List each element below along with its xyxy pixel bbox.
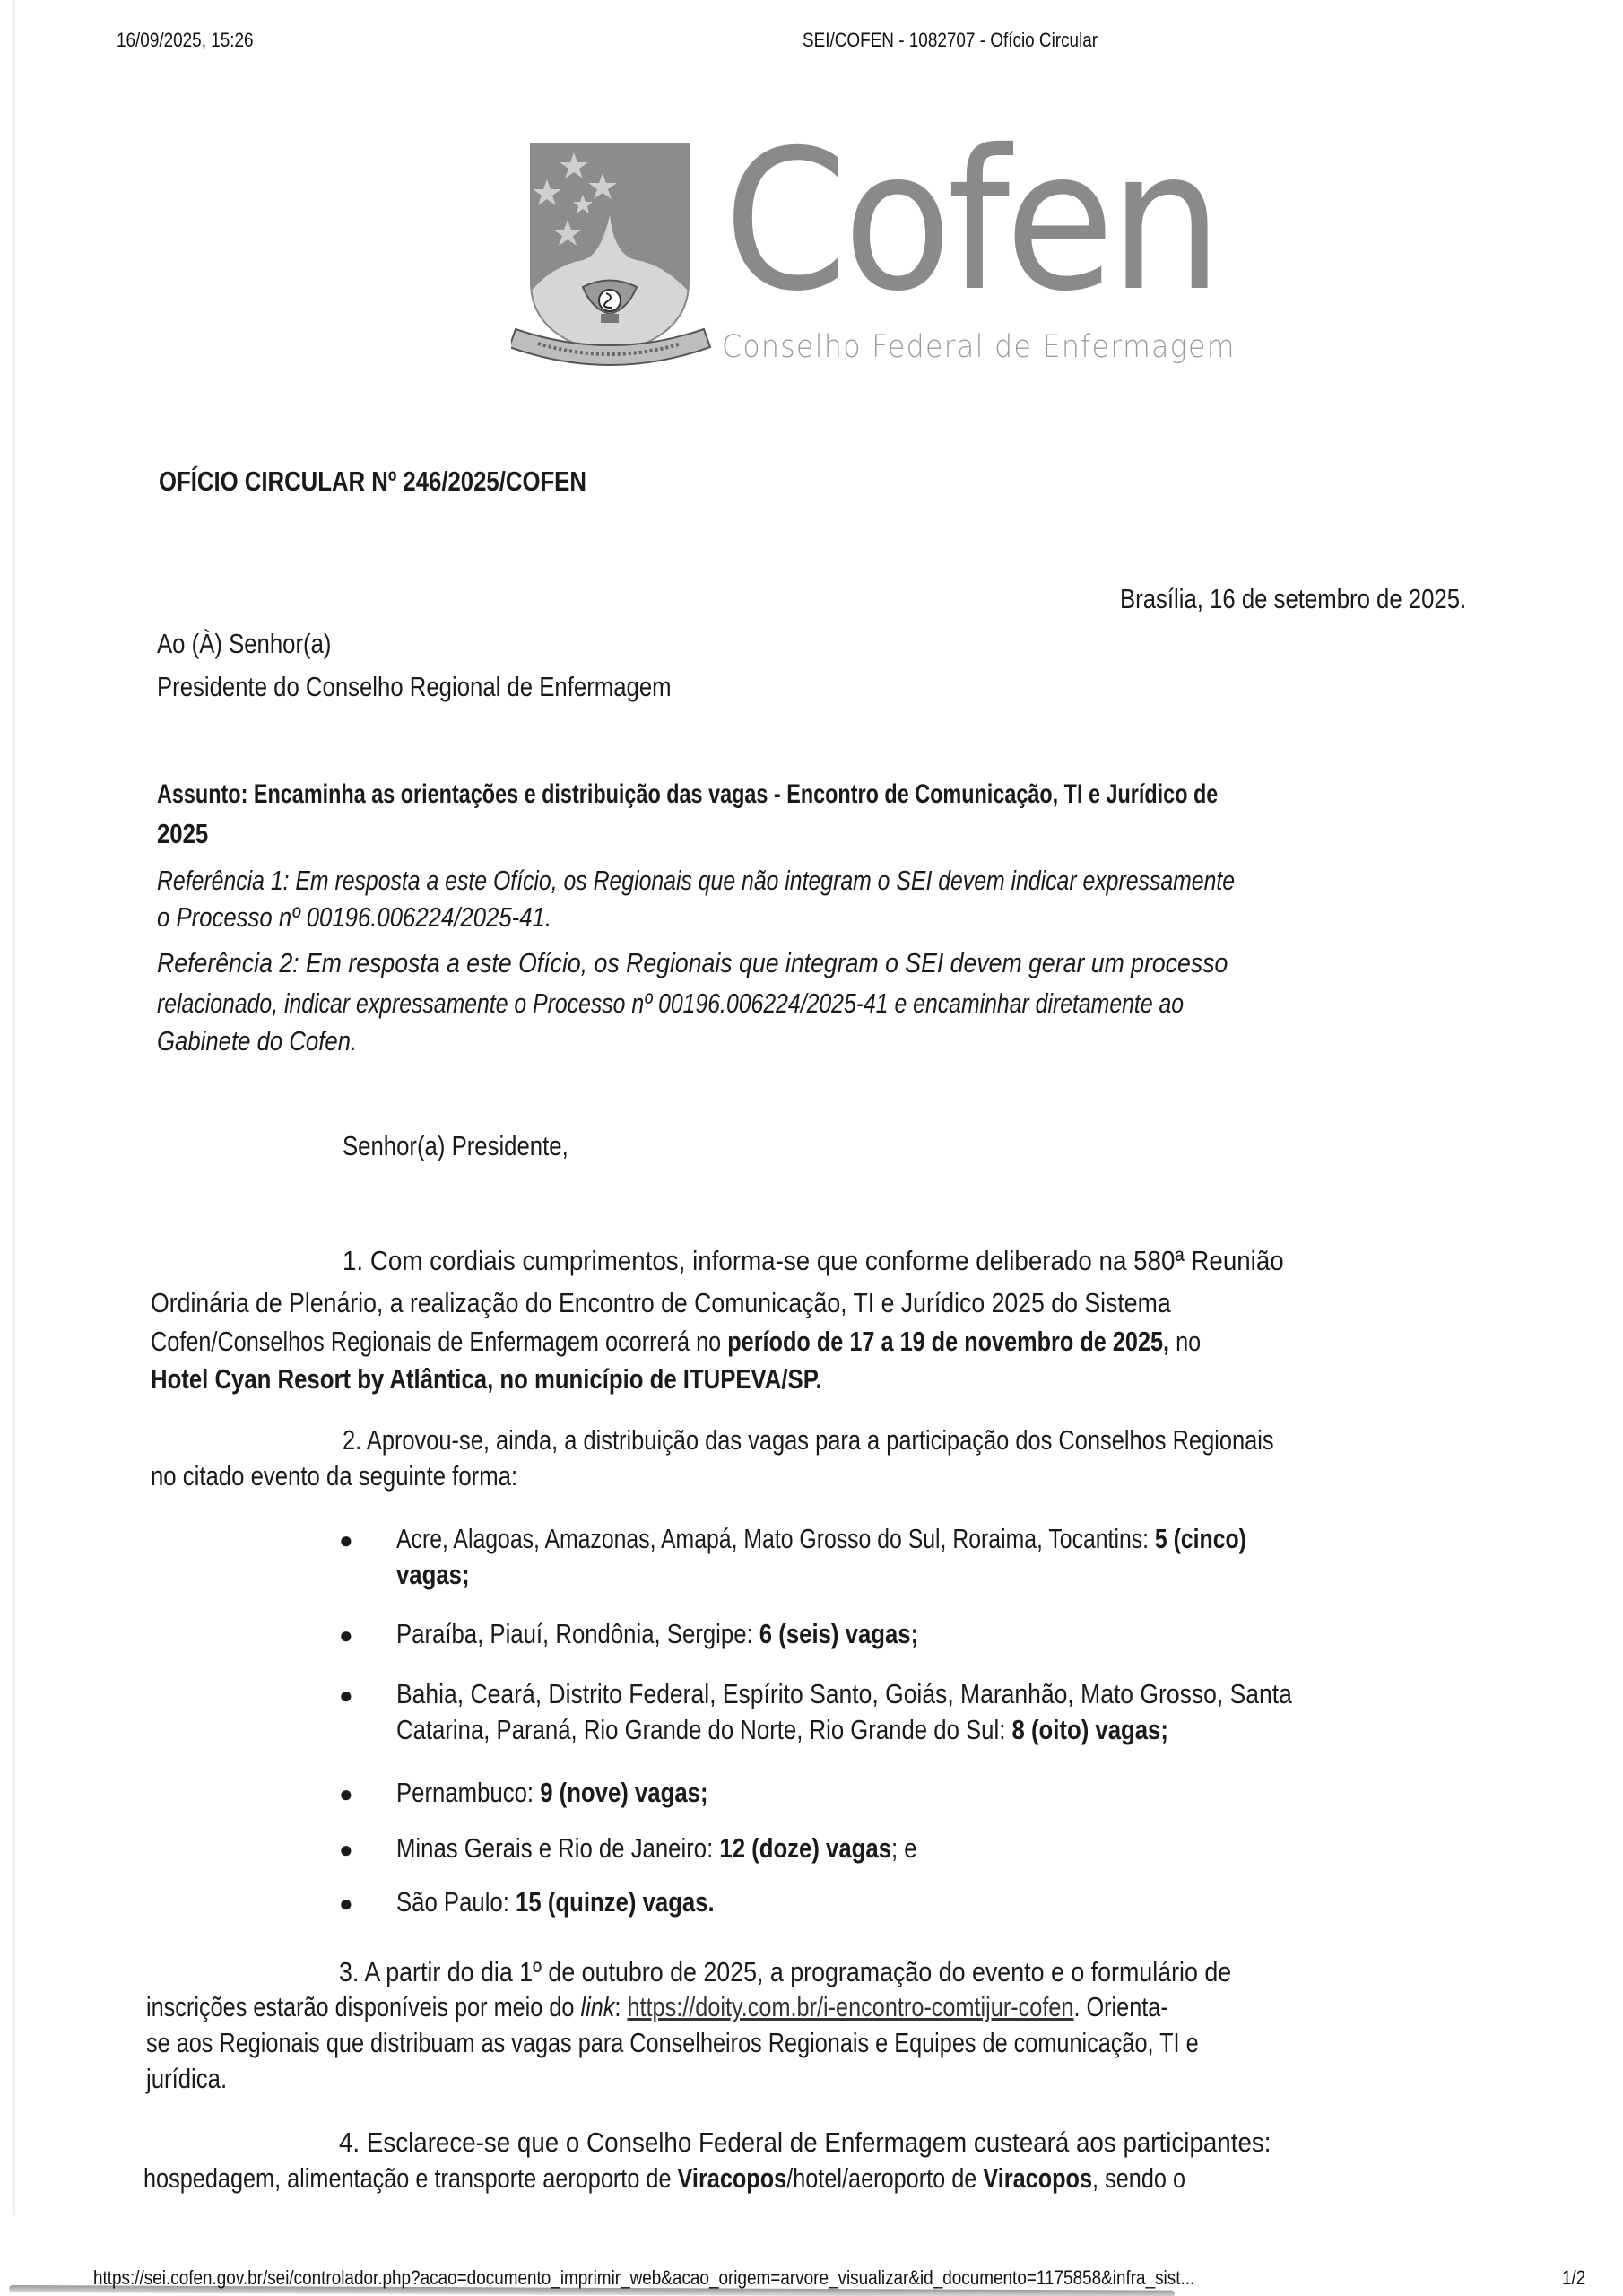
vacancy-count: 15 (quinze) vagas. [516,1886,715,1918]
paragraph-2-line-2: no citado evento da seguinte forma: [151,1462,517,1490]
paragraph-1-line-1: 1. Com cordiais cumprimentos, informa-se… [343,1247,1284,1274]
paragraph-3-tail: . Orienta- [1073,1991,1167,2022]
airport-name: Viracopos [678,2162,787,2194]
paragraph-4-tail: , sendo o [1092,2162,1185,2194]
recipient-line-1: Ao (À) Senhor(a) [157,630,331,657]
paragraph-3-line-4: jurídica. [146,2065,227,2092]
cofen-coat-of-arms-icon [511,130,717,368]
reference-2-line-3: Gabinete do Cofen. [157,1027,357,1055]
event-period: período de 17 a 19 de novembro de 2025, [727,1326,1169,1357]
reference-2-line-1: Referência 2: Em resposta a este Ofício,… [157,949,1228,977]
vacancy-item-2: Paraíba, Piauí, Rondônia, Sergipe: 6 (se… [396,1620,918,1648]
bullet-icon: ● [339,1836,353,1864]
vacancy-states: Catarina, Paraná, Rio Grande do Norte, R… [396,1714,1012,1745]
paragraph-1-line-3: Cofen/Conselhos Regionais de Enfermagem … [151,1327,1201,1355]
paragraph-3-line-3: se aos Regionais que distribuam as vagas… [146,2029,1199,2057]
registration-link[interactable]: https://doity.com.br/i-encontro-comtijur… [627,1991,1073,2022]
print-footer-url: https://sei.cofen.gov.br/sei/controlador… [93,2266,1194,2290]
event-venue: Hotel Cyan Resort by Atlântica, no munic… [151,1365,822,1393]
paragraph-4-line-1: 4. Esclarece-se que o Conselho Federal d… [339,2128,1271,2156]
vacancy-item-5: Minas Gerais e Rio de Janeiro: 12 (doze)… [396,1834,917,1862]
vacancy-item-3-line-2: Catarina, Paraná, Rio Grande do Norte, R… [396,1716,1168,1744]
scan-page-edge [13,0,15,2215]
vacancy-count: 5 (cinco) [1155,1523,1246,1554]
paragraph-3-text: inscrições estarão disponíveis por meio … [146,1991,580,2022]
vacancy-count: 9 (nove) vagas; [540,1777,707,1808]
subject-line-1: Assunto: Encaminha as orientações e dist… [157,773,1565,815]
vacancy-count: 8 (oito) vagas; [1012,1714,1168,1745]
bullet-icon: ● [339,1622,353,1649]
place-date: Brasília, 16 de setembro de 2025. [1120,585,1466,613]
vacancy-item-3-line-1: Bahia, Ceará, Distrito Federal, Espírito… [396,1680,1292,1708]
recipient-line-2: Presidente do Conselho Regional de Enfer… [157,673,672,700]
paragraph-4-text: hospedagem, alimentação e transporte aer… [143,2162,678,2194]
paragraph-2-line-1: 2. Aprovou-se, ainda, a distribuição das… [343,1426,1274,1454]
vacancy-states: Pernambuco: [396,1777,540,1808]
subject: Assunto: Encaminha as orientações e dist… [157,773,1565,815]
link-word: link [580,1991,614,2022]
print-datetime: 16/09/2025, 15:26 [117,29,254,52]
paragraph-4-line-2: hospedagem, alimentação e transporte aer… [143,2164,1185,2192]
vacancy-count: 6 (seis) vagas; [759,1618,918,1649]
paragraph-1-line-2: Ordinária de Plenário, a realização do E… [151,1289,1171,1317]
subject-line-2: 2025 [157,820,208,848]
reference-1-line-1: Referência 1: Em resposta a este Ofício,… [157,866,1235,894]
print-footer-page: 1/2 [1562,2266,1585,2290]
paragraph-3-line-2: inscrições estarão disponíveis por meio … [146,1993,1168,2021]
paragraph-1-tail: no [1169,1326,1201,1357]
letter-title: OFÍCIO CIRCULAR Nº 246/2025/COFEN [159,467,586,495]
subject-text-1: Assunto: Encaminha as orientações e dist… [157,773,1218,815]
reference-2-line-2: relacionado, indicar expressamente o Pro… [157,989,1184,1017]
bullet-icon: ● [339,1682,353,1709]
paragraph-4-text: /hotel/aeroporto de [786,2162,983,2194]
cofen-logo: Cofen Conselho Federal de Enfermagem [511,130,1228,377]
bullet-icon: ● [339,1890,353,1918]
paragraph-3-line-1: 3. A partir do dia 1º de outubro de 2025… [339,1958,1231,1986]
vacancy-item-1-line-2: vagas; [396,1561,470,1588]
salutation: Senhor(a) Presidente, [343,1132,568,1160]
reference-1-line-2: o Processo nº 00196.006224/2025-41. [157,903,551,931]
vacancy-item-1-line-1: Acre, Alagoas, Amazonas, Amapá, Mato Gro… [396,1525,1246,1552]
logo-subtitle: Conselho Federal de Enfermagem [722,329,1236,365]
print-document-title: SEI/COFEN - 1082707 - Ofício Circular [803,29,1098,52]
vacancy-states: Acre, Alagoas, Amazonas, Amapá, Mato Gro… [396,1523,1155,1554]
bullet-icon: ● [339,1526,353,1554]
paragraph-1-text: Cofen/Conselhos Regionais de Enfermagem … [151,1326,727,1357]
logo-wordmark: Cofen [724,125,1218,318]
vacancy-item-4: Pernambuco: 9 (nove) vagas; [396,1779,708,1806]
vacancy-count: 12 (doze) vagas [719,1832,891,1864]
bullet-icon: ● [339,1780,353,1808]
vacancy-item-6: São Paulo: 15 (quinze) vagas. [396,1888,715,1916]
vacancy-states: São Paulo: [396,1886,516,1918]
vacancy-tail: ; e [891,1832,917,1864]
vacancy-states: Minas Gerais e Rio de Janeiro: [396,1832,719,1864]
colon: : [614,1991,627,2022]
vacancy-states: Paraíba, Piauí, Rondônia, Sergipe: [396,1618,759,1649]
airport-name: Viracopos [983,2162,1092,2194]
